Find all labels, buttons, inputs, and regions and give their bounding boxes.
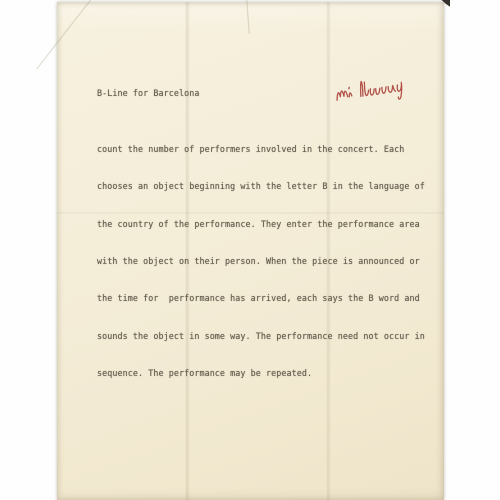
paper-sheet: B-Line for Barcelona count the number of… xyxy=(57,2,444,500)
signature-stroke xyxy=(335,77,403,107)
score-text: count the number of performers involved … xyxy=(97,118,425,404)
score-line: count the number of performers involved … xyxy=(97,143,425,155)
score-line: the country of the performance. They ent… xyxy=(97,218,425,230)
document-title: B-Line for Barcelona xyxy=(97,87,199,99)
fold-crease xyxy=(246,0,250,34)
score-line: the time for performance has arrived, ea… xyxy=(97,292,425,304)
score-line: sequence. The performance may be repeate… xyxy=(97,367,425,379)
fold-crease xyxy=(36,0,96,70)
photo-background: B-Line for Barcelona count the number of… xyxy=(0,0,500,500)
score-line: sounds the object in some way. The perfo… xyxy=(97,330,425,342)
artist-signature xyxy=(331,68,424,113)
score-line: with the object on their person. When th… xyxy=(97,255,425,267)
score-line: chooses an object beginning with the let… xyxy=(97,180,425,192)
